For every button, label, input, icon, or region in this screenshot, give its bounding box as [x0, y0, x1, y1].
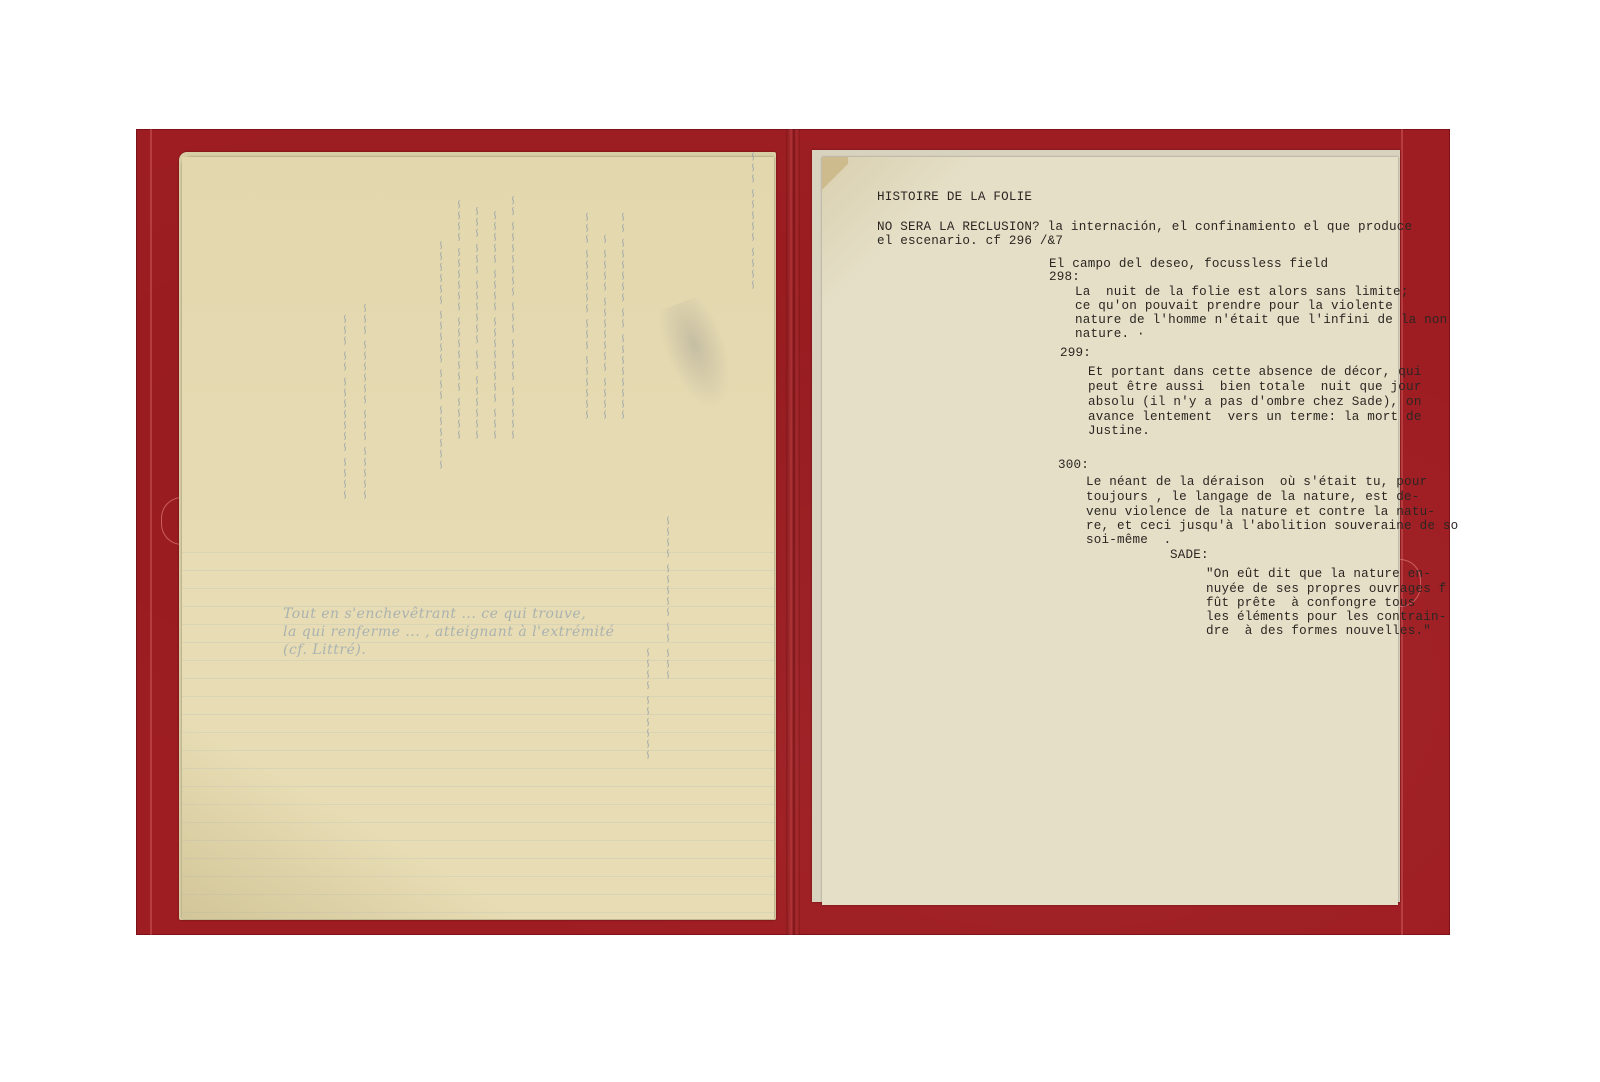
quote-299-line: Et portant dans cette absence de décor, … — [1088, 365, 1422, 380]
folded-corner — [822, 157, 848, 197]
quote-298-line: nature. · — [1075, 327, 1145, 342]
bleed-through-text: ~~~~ ~~~~~~~ ~~~~ ~ — [597, 233, 612, 420]
pencil-line-2: la qui renferme ... , atteignant à l'ext… — [283, 624, 614, 640]
bleed-through-text: ~~~ ~~~~~~~~ ~~~~ ~~~~~ — [487, 210, 502, 440]
quote-298-line: nature de l'homme n'était que l'infini d… — [1075, 313, 1447, 328]
quote-299-line: avance lentement vers un terme: la mort … — [1088, 410, 1422, 425]
quote-300-line: venu violence de la nature et contre la … — [1086, 505, 1435, 520]
bleed-through-text: ~~~ ~~ ~~~~~ ~~~~ — [660, 515, 675, 680]
page-ref-299: 299: — [1060, 346, 1091, 361]
bleed-through-text: ~~~~~~ ~~~ ~~~~~ ~~~~~~ — [433, 240, 448, 470]
folder-spine — [786, 129, 800, 935]
sade-quote-line: fût prête à confongre tous — [1206, 596, 1415, 611]
quote-300-line: re, et ceci jusqu'à l'abolition souverai… — [1086, 519, 1458, 534]
intro-line-2: el escenario. cf 296 /&7 — [877, 234, 1063, 249]
quote-298-line: La nuit de la folie est alors sans limit… — [1075, 285, 1409, 300]
sade-quote-line: les éléments pour les contrain- — [1206, 610, 1446, 625]
bleed-through-text: ~~~~~~ ~~~ ~~~~~~ ~~~ — [579, 212, 594, 420]
page-ref-298: 298: — [1049, 270, 1080, 285]
bleed-through-text: ~~~~~~ ~~ ~~~~~~ ~~~ ~~~ — [469, 206, 484, 440]
bleed-through-text: ~~~~~~~~ ~~ ~~~~~~ ~~ — [615, 212, 630, 420]
quote-300-line: soi-même . — [1086, 533, 1171, 548]
page-ref-300: 300: — [1058, 458, 1089, 473]
document-title: HISTOIRE DE LA FOLIE — [877, 190, 1032, 205]
bleed-through-text: ~~~~ ~~~~~ ~~~ — [745, 151, 760, 290]
bleed-through-text: ~~~~ ~~~~~~~ ~~~~~~ ~~~~ — [451, 199, 466, 440]
sade-quote-line: "On eût dit que la nature en- — [1206, 567, 1431, 582]
quote-298-line: ce qu'on pouvait prendre pour la violent… — [1075, 299, 1393, 314]
pencil-line-1: Tout en s'enchevêtrant ... ce qui trouve… — [283, 606, 586, 622]
bleed-through-text: ~~~~~ ~~~ ~~~~~~ ~~~ — [357, 302, 372, 500]
pencil-line-3: (cf. Littré). — [283, 642, 366, 658]
bleed-through-text: ~~~~ ~~~~~~~ ~~ ~~~ — [337, 313, 352, 500]
field-line: El campo del deseo, focussless field — [1049, 257, 1328, 272]
sade-quote-line: nuyée de ses propres ouvrages f — [1206, 582, 1446, 597]
quote-299-line: Justine. — [1088, 424, 1150, 439]
bleed-through-text: ~~~~~ ~~~~ ~~~ ~~~~~~~ ~~ — [505, 195, 520, 440]
quote-299-line: peut être aussi bien totale nuit que jou… — [1088, 380, 1422, 395]
folder-fold-line-left — [150, 129, 152, 935]
sade-quote-line: dre à des formes nouvelles." — [1206, 624, 1431, 639]
quote-300-line: toujours , le langage de la nature, est … — [1086, 490, 1420, 505]
quote-attribution: SADE: — [1170, 548, 1209, 563]
intro-line-1: NO SERA LA RECLUSION? la internación, el… — [877, 220, 1412, 235]
bleed-through-text: ~~~~~~ ~~~~ — [640, 647, 655, 760]
quote-300-line: Le néant de la déraison où s'était tu, p… — [1086, 475, 1427, 490]
quote-299-line: absolu (il n'y a pas d'ombre chez Sade),… — [1088, 395, 1422, 410]
